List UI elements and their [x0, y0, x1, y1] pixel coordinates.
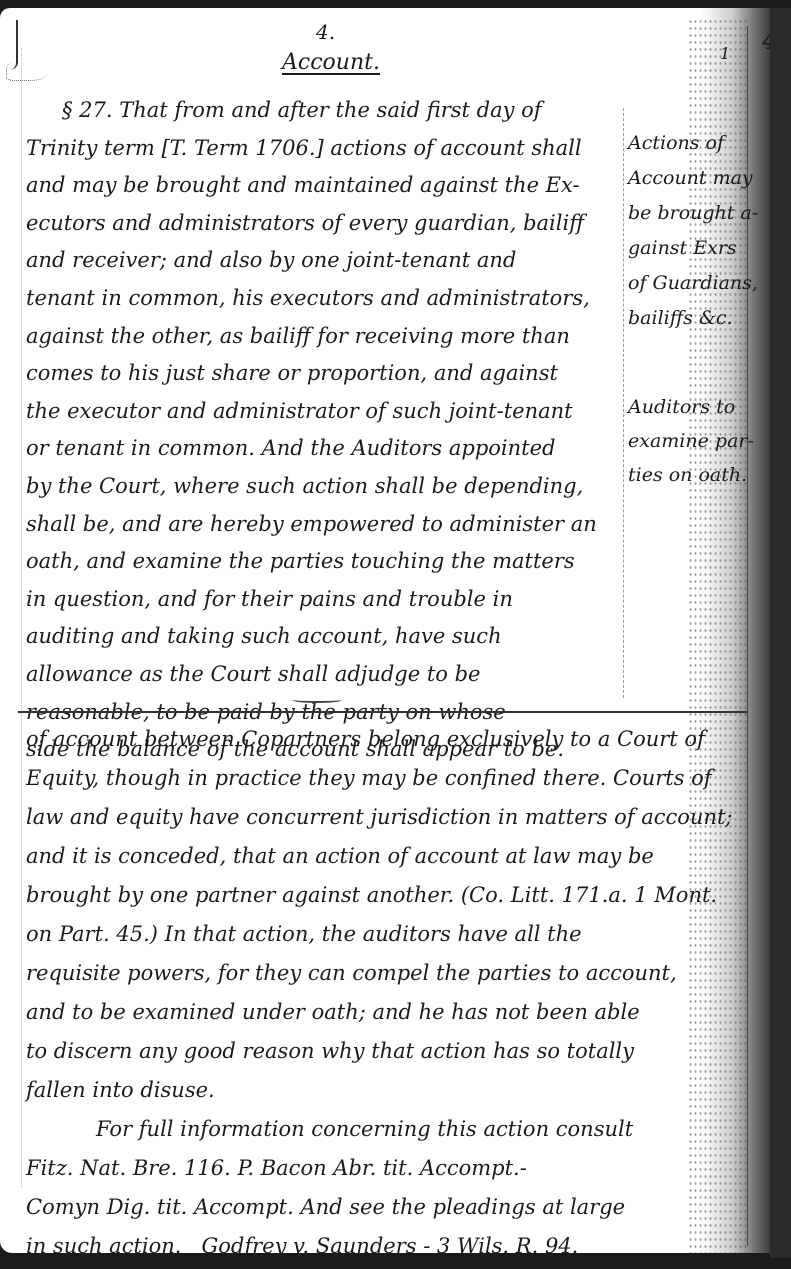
section-line: and receiver; and also by one joint-tena… — [26, 242, 626, 280]
left-margin-rule — [21, 48, 22, 1188]
commentary-line: and it is conceded, that an action of ac… — [26, 837, 766, 876]
margin-note-line: Actions of — [628, 126, 758, 161]
section-line: Trinity term [T. Term 1706.] actions of … — [26, 130, 626, 168]
corner-mark: 1 — [720, 44, 730, 63]
margin-note-line: examine par- — [628, 424, 758, 458]
horizontal-divider — [18, 711, 748, 713]
section-line: allowance as the Court shall adjudge to … — [26, 656, 626, 694]
margin-note-line: ties on oath. — [628, 458, 758, 492]
commentary-line: Fitz. Nat. Bre. 116. P. Bacon Abr. tit. … — [26, 1149, 766, 1188]
section-line: oath, and examine the parties touching t… — [26, 543, 626, 581]
commentary-line: on Part. 45.) In that action, the audito… — [26, 915, 766, 954]
case-name: Godfrey v. Saunders — [202, 1234, 417, 1253]
commentary-line: For full information concerning this act… — [26, 1110, 766, 1149]
scan-right-border — [770, 8, 791, 1258]
commentary-line-prefix: in such action. — [26, 1234, 181, 1253]
margin-note-line: bailiffs &c. — [628, 301, 758, 336]
corner-scribble — [6, 62, 47, 81]
scan-bottom-border — [0, 1258, 791, 1269]
statute-section: § 27. That from and after the said first… — [26, 92, 626, 769]
commentary-line: Comyn Dig. tit. Accompt. And see the ple… — [26, 1188, 766, 1227]
margin-note-line: Auditors to — [628, 390, 758, 424]
section-line: ecutors and administrators of every guar… — [26, 205, 626, 243]
section-line: in question, and for their pains and tro… — [26, 581, 626, 619]
page-number: 4. — [316, 20, 335, 44]
commentary-line: to discern any good reason why that acti… — [26, 1032, 766, 1071]
commentary-line: of account between Copartners belong exc… — [26, 720, 766, 759]
commentary-line: law and equity have concurrent jurisdict… — [26, 798, 766, 837]
commentary-line: Equity, though in practice they may be c… — [26, 759, 766, 798]
commentary-line: requisite powers, for they can compel th… — [26, 954, 766, 993]
commentary-line: brought by one partner against another. … — [26, 876, 766, 915]
section-line: and may be brought and maintained agains… — [26, 167, 626, 205]
commentary-last-line: in such action. Godfrey v. Saunders - 3 … — [26, 1227, 766, 1253]
case-citation: - 3 Wils. R. 94. — [423, 1234, 578, 1253]
section-line: comes to his just share or proportion, a… — [26, 355, 626, 393]
margin-note-line: Account may — [628, 161, 758, 196]
section-line: shall be, and are hereby empowered to ad… — [26, 506, 626, 544]
margin-note-line: of Guardians, — [628, 266, 758, 301]
page-title: Account. — [282, 50, 380, 75]
section-end-flourish — [292, 697, 342, 703]
corner-page-number: 4 — [762, 26, 770, 55]
margin-note-line: be brought a- — [628, 196, 758, 231]
section-line: the executor and administrator of such j… — [26, 393, 626, 431]
commentary-line: and to be examined under oath; and he ha… — [26, 993, 766, 1032]
manuscript-page: 4. 1 4 Account. § 27. That from and afte… — [0, 8, 770, 1253]
margin-note-auditors: Auditors to examine par- ties on oath. — [628, 390, 758, 492]
section-line: against the other, as bailiff for receiv… — [26, 318, 626, 356]
commentary-line: fallen into disuse. — [26, 1071, 766, 1110]
section-line: tenant in common, his executors and admi… — [26, 280, 626, 318]
margin-note-actions-of-account: Actions of Account may be brought a- gai… — [628, 126, 758, 336]
commentary-section: of account between Copartners belong exc… — [26, 720, 766, 1253]
section-line: § 27. That from and after the said first… — [26, 92, 626, 130]
margin-note-line: gainst Exrs — [628, 231, 758, 266]
section-line: auditing and taking such account, have s… — [26, 618, 626, 656]
section-line: or tenant in common. And the Auditors ap… — [26, 430, 626, 468]
section-line: by the Court, where such action shall be… — [26, 468, 626, 506]
